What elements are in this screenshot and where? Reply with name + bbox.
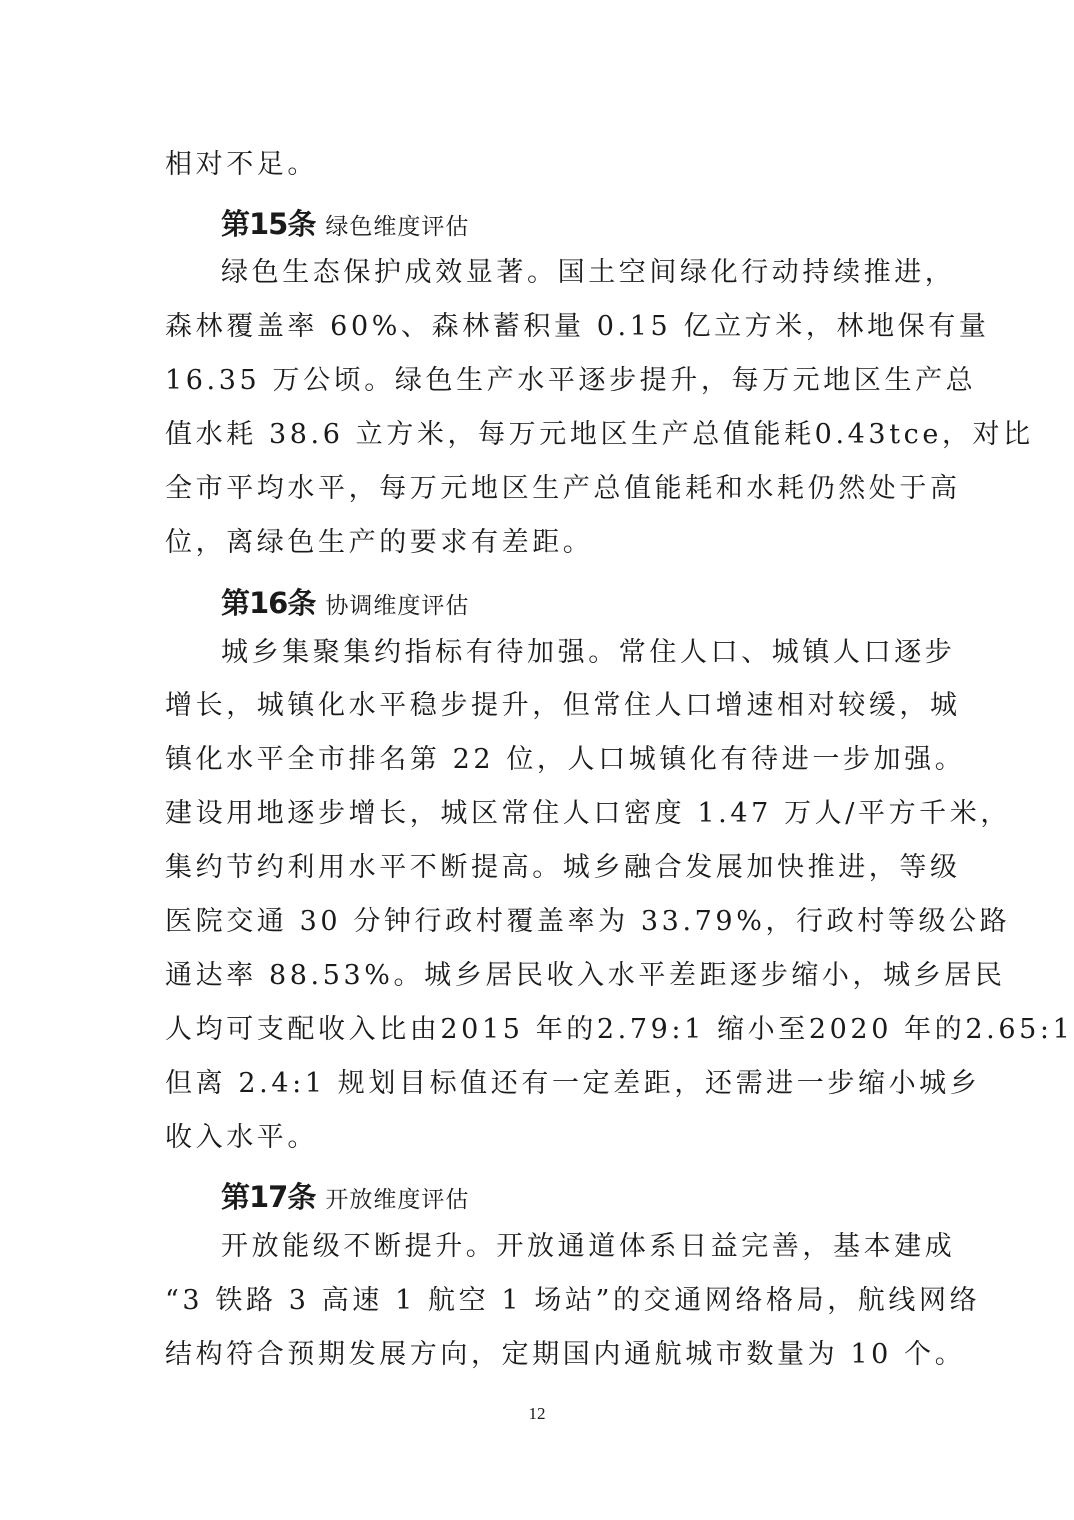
- paragraph-line: 开放能级不断提升。开放通道体系日益完善，基本建成: [221, 1230, 917, 1264]
- paragraph-line: 结构符合预期发展方向，定期国内通航城市数量为 10 个。: [165, 1338, 917, 1372]
- section-number: 第17条: [221, 1180, 315, 1214]
- paragraph-line: 集约节约利用水平不断提高。城乡融合发展加快推进，等级: [165, 851, 917, 885]
- section-heading: 第15条绿色维度评估: [221, 202, 469, 243]
- section-number: 第15条: [221, 207, 315, 241]
- paragraph-line: 全市平均水平，每万元地区生产总值能耗和水耗仍然处于高: [165, 472, 917, 506]
- paragraph-line: 16.35 万公顷。绿色生产水平逐步提升，每万元地区生产总: [165, 364, 917, 398]
- paragraph-line: “3 铁路 3 高速 1 航空 1 场站”的交通网络格局，航线网络: [165, 1284, 917, 1318]
- paragraph-line: 位，离绿色生产的要求有差距。: [165, 526, 917, 560]
- section-title: 协调维度评估: [325, 593, 469, 619]
- paragraph-line: 值水耗 38.6 立方米，每万元地区生产总值能耗0.43tce，对比: [165, 418, 917, 452]
- paragraph-line: 森林覆盖率 60%、森林蓄积量 0.15 亿立方米，林地保有量: [165, 310, 917, 344]
- paragraph-line: 相对不足。: [165, 148, 917, 182]
- section-heading: 第16条协调维度评估: [221, 581, 469, 622]
- paragraph-line: 人均可支配收入比由2015 年的2.79:1 缩小至2020 年的2.65:1，: [165, 1013, 917, 1047]
- paragraph-line: 绿色生态保护成效显著。国土空间绿化行动持续推进，: [221, 256, 917, 290]
- paragraph-line: 镇化水平全市排名第 22 位，人口城镇化有待进一步加强。: [165, 743, 917, 777]
- paragraph-line: 医院交通 30 分钟行政村覆盖率为 33.79%，行政村等级公路: [165, 905, 917, 939]
- paragraph-line: 但离 2.4:1 规划目标值还有一定差距，还需进一步缩小城乡: [165, 1067, 917, 1101]
- section-title: 绿色维度评估: [325, 214, 469, 240]
- paragraph-line: 增长，城镇化水平稳步提升，但常住人口增速相对较缓，城: [165, 689, 917, 723]
- paragraph-line: 收入水平。: [165, 1121, 917, 1155]
- paragraph-line: 城乡集聚集约指标有待加强。常住人口、城镇人口逐步: [221, 636, 917, 670]
- section-heading: 第17条开放维度评估: [221, 1175, 469, 1216]
- paragraph-line: 建设用地逐步增长，城区常住人口密度 1.47 万人/平方千米，: [165, 797, 917, 831]
- paragraph-line: 通达率 88.53%。城乡居民收入水平差距逐步缩小，城乡居民: [165, 959, 917, 993]
- page-number: 12: [0, 1404, 1074, 1424]
- section-title: 开放维度评估: [325, 1187, 469, 1213]
- section-number: 第16条: [221, 586, 315, 620]
